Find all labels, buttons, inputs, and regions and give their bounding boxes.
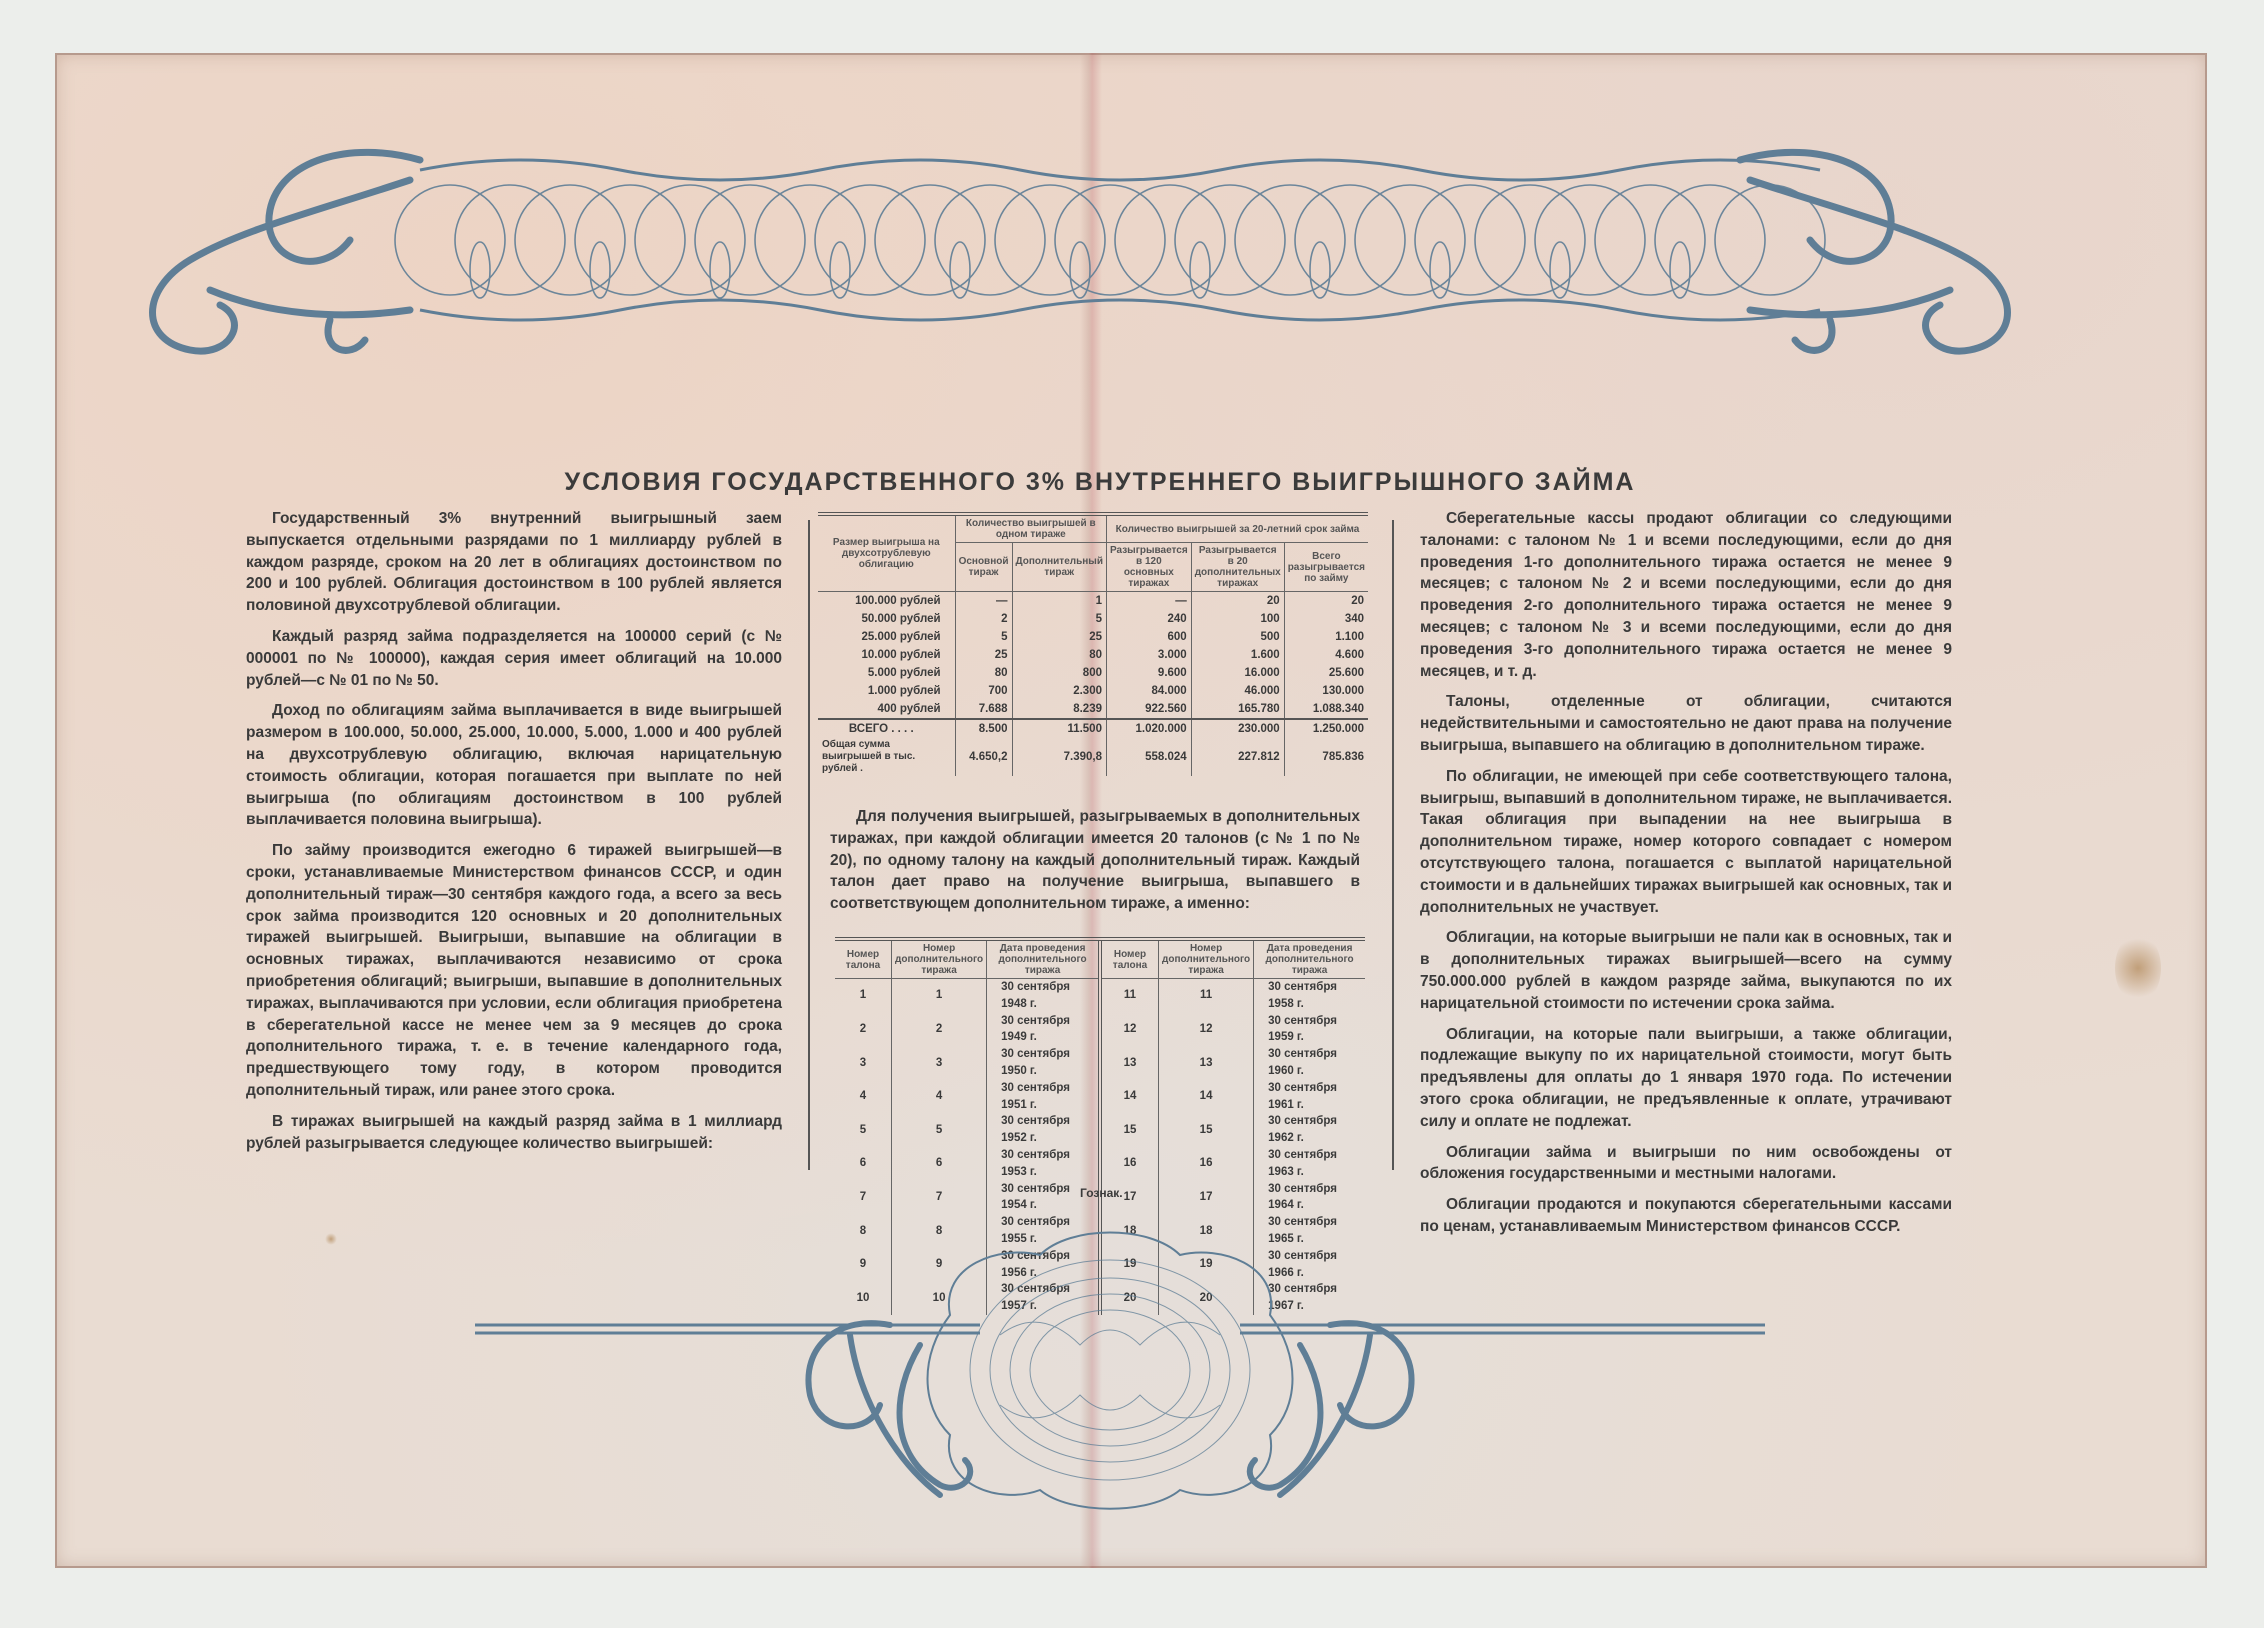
cell: 5 bbox=[955, 628, 1012, 646]
cell: 30 сентября 1952 г. bbox=[987, 1113, 1100, 1147]
cell: 230.000 bbox=[1191, 719, 1284, 738]
cell: 5 bbox=[835, 1113, 892, 1147]
cell: 6 bbox=[835, 1147, 892, 1181]
cell: 4 bbox=[835, 1080, 892, 1114]
cell: 30 сентября 1953 г. bbox=[987, 1147, 1100, 1181]
cell: 25 bbox=[955, 646, 1012, 664]
table-row: 3330 сентября 1950 г.131330 сентября 196… bbox=[835, 1046, 1365, 1080]
prize-size: 50.000 рублей bbox=[818, 610, 955, 628]
cell: 2 bbox=[892, 1013, 987, 1047]
cell: 1 bbox=[1012, 592, 1106, 611]
printer-mark: Гознак. bbox=[1080, 1186, 1123, 1200]
cell: 46.000 bbox=[1191, 682, 1284, 700]
table-row: 400 рублей7.6888.239922.560165.7801.088.… bbox=[818, 700, 1368, 719]
cell: 30 сентября 1948 г. bbox=[987, 979, 1100, 1013]
cell: 30 сентября 1958 г. bbox=[1254, 979, 1365, 1013]
prize-size: 100.000 рублей bbox=[818, 592, 955, 611]
prize-size: 5.000 рублей bbox=[818, 664, 955, 682]
paragraph: По облигации, не имеющей при себе соотве… bbox=[1420, 766, 1952, 919]
paragraph: Талоны, отделенные от облигации, считают… bbox=[1420, 691, 1952, 756]
bottom-guilloche-rosette-icon bbox=[420, 1225, 1800, 1515]
cell: 20 bbox=[1284, 592, 1368, 611]
cell: 7 bbox=[835, 1181, 892, 1215]
table-row: 100.000 рублей—1—2020 bbox=[818, 592, 1368, 611]
cell: 12 bbox=[1159, 1013, 1254, 1047]
column-divider bbox=[1392, 520, 1394, 1170]
cell: 130.000 bbox=[1284, 682, 1368, 700]
cell: 9.600 bbox=[1106, 664, 1191, 682]
totals-row: ВСЕГО . . . .8.50011.5001.020.000230.000… bbox=[818, 719, 1368, 738]
cell: 30 сентября 1951 г. bbox=[987, 1080, 1100, 1114]
paragraph: Сберегательные кассы продают облигации с… bbox=[1420, 508, 1952, 682]
col-header-date: Дата проведения дополнительного тиража bbox=[987, 939, 1100, 979]
cell: 20 bbox=[1191, 592, 1284, 611]
col-header-term-main: Разыгрывается в 120 основных тиражах bbox=[1106, 543, 1191, 592]
paragraph: В тиражах выигрышей на каждый разряд зай… bbox=[246, 1111, 782, 1155]
cell: 7 bbox=[892, 1181, 987, 1215]
table-row: 5530 сентября 1952 г.151530 сентября 196… bbox=[835, 1113, 1365, 1147]
paragraph: Для получения выигрышей, разыгрываемых в… bbox=[830, 806, 1360, 915]
cell: 1.600 bbox=[1191, 646, 1284, 664]
cell: 1.020.000 bbox=[1106, 719, 1191, 738]
cell: 25 bbox=[1012, 628, 1106, 646]
col-header-draw-no: Номер дополнительного тиража bbox=[1159, 939, 1254, 979]
cell: 16 bbox=[1159, 1147, 1254, 1181]
col-header-date: Дата проведения дополнительного тиража bbox=[1254, 939, 1365, 979]
cell: 785.836 bbox=[1284, 738, 1368, 776]
cell: 15 bbox=[1159, 1113, 1254, 1147]
cell: 800 bbox=[1012, 664, 1106, 682]
cell: 7.390,8 bbox=[1012, 738, 1106, 776]
sum-label: Общая сумма выигрышей в тыс. рублей . bbox=[818, 738, 955, 776]
cell: 5 bbox=[1012, 610, 1106, 628]
cell: 30 сентября 1959 г. bbox=[1254, 1013, 1365, 1047]
cell: 4.600 bbox=[1284, 646, 1368, 664]
cell: 15 bbox=[1100, 1113, 1159, 1147]
cell: 165.780 bbox=[1191, 700, 1284, 719]
table-row: 50.000 рублей25240100340 bbox=[818, 610, 1368, 628]
cell: 2 bbox=[835, 1013, 892, 1047]
cell: 11 bbox=[1159, 979, 1254, 1013]
cell: 11 bbox=[1100, 979, 1159, 1013]
cell: 3 bbox=[892, 1046, 987, 1080]
prize-size: 25.000 рублей bbox=[818, 628, 955, 646]
cell: 8.500 bbox=[955, 719, 1012, 738]
cell: 8.239 bbox=[1012, 700, 1106, 719]
prize-size: 10.000 рублей bbox=[818, 646, 955, 664]
table-row: 1.000 рублей7002.30084.00046.000130.000 bbox=[818, 682, 1368, 700]
table-row: 5.000 рублей808009.60016.00025.600 bbox=[818, 664, 1368, 682]
cell: 1.250.000 bbox=[1284, 719, 1368, 738]
table-row: 4430 сентября 1951 г.141430 сентября 196… bbox=[835, 1080, 1365, 1114]
cell: 1 bbox=[835, 979, 892, 1013]
left-text-column: Государственный 3% внутренний выигрышный… bbox=[246, 508, 782, 1163]
cell: 922.560 bbox=[1106, 700, 1191, 719]
cell: 14 bbox=[1159, 1080, 1254, 1114]
cell: 80 bbox=[955, 664, 1012, 682]
cell: 16 bbox=[1100, 1147, 1159, 1181]
cell: 30 сентября 1960 г. bbox=[1254, 1046, 1365, 1080]
cell: 6 bbox=[892, 1147, 987, 1181]
cell: 30 сентября 1964 г. bbox=[1254, 1181, 1365, 1215]
stain bbox=[2115, 933, 2161, 1003]
cell: 1.100 bbox=[1284, 628, 1368, 646]
col-header-prize-size: Размер выигрыша на двухсотрублевую облиг… bbox=[818, 514, 955, 592]
paragraph: Доход по облигациям займа выплачивается … bbox=[246, 700, 782, 831]
cell: — bbox=[1106, 592, 1191, 611]
cell: 700 bbox=[955, 682, 1012, 700]
cell: — bbox=[955, 592, 1012, 611]
cell: 30 сентября 1961 г. bbox=[1254, 1080, 1365, 1114]
column-divider bbox=[808, 520, 810, 1170]
cell: 16.000 bbox=[1191, 664, 1284, 682]
paragraph: Облигации займа и выигрыши по ним освобо… bbox=[1420, 1142, 1952, 1186]
col-header-coupon-no: Номер талона bbox=[835, 939, 892, 979]
cell: 500 bbox=[1191, 628, 1284, 646]
prize-size: 1.000 рублей bbox=[818, 682, 955, 700]
top-guilloche-ornament-icon bbox=[120, 120, 2040, 360]
cell: 30 сентября 1949 г. bbox=[987, 1013, 1100, 1047]
cell: 3 bbox=[835, 1046, 892, 1080]
table-row: 2230 сентября 1949 г.121230 сентября 195… bbox=[835, 1013, 1365, 1047]
cell: 4.650,2 bbox=[955, 738, 1012, 776]
cell: 1 bbox=[892, 979, 987, 1013]
cell: 600 bbox=[1106, 628, 1191, 646]
coupons-intro-text: Для получения выигрышей, разыгрываемых в… bbox=[830, 806, 1360, 924]
cell: 340 bbox=[1284, 610, 1368, 628]
totals-label: ВСЕГО . . . . bbox=[818, 719, 955, 738]
cell: 25.600 bbox=[1284, 664, 1368, 682]
cell: 30 сентября 1962 г. bbox=[1254, 1113, 1365, 1147]
col-header-main-draw: Основной тираж bbox=[955, 543, 1012, 592]
document-title: УСЛОВИЯ ГОСУДАРСТВЕННОГО 3% ВНУТРЕННЕГО … bbox=[530, 468, 1670, 497]
cell: 2 bbox=[955, 610, 1012, 628]
cell: 13 bbox=[1100, 1046, 1159, 1080]
cell: 11.500 bbox=[1012, 719, 1106, 738]
right-text-column: Сберегательные кассы продают облигации с… bbox=[1420, 508, 1952, 1247]
cell: 3.000 bbox=[1106, 646, 1191, 664]
cell: 30 сентября 1950 г. bbox=[987, 1046, 1100, 1080]
col-header-term-extra: Разыгрывается в 20 дополнительных тиража… bbox=[1191, 543, 1284, 592]
col-header-coupon-no: Номер талона bbox=[1100, 939, 1159, 979]
cell: 13 bbox=[1159, 1046, 1254, 1080]
cell: 558.024 bbox=[1106, 738, 1191, 776]
table-row: 25.000 рублей5256005001.100 bbox=[818, 628, 1368, 646]
paragraph: По займу производится ежегодно 6 тиражей… bbox=[246, 840, 782, 1102]
paragraph: Облигации, на которые пали выигрыши, а т… bbox=[1420, 1024, 1952, 1133]
cell: 14 bbox=[1100, 1080, 1159, 1114]
prize-distribution-table: Размер выигрыша на двухсотрублевую облиг… bbox=[818, 512, 1368, 776]
paragraph: Государственный 3% внутренний выигрышный… bbox=[246, 508, 782, 617]
cell: 84.000 bbox=[1106, 682, 1191, 700]
prize-size: 400 рублей bbox=[818, 700, 955, 719]
cell: 240 bbox=[1106, 610, 1191, 628]
table-row: 1130 сентября 1948 г.111130 сентября 195… bbox=[835, 979, 1365, 1013]
stain bbox=[325, 1233, 337, 1245]
col-header-per-draw: Количество выигрышей в одном тираже bbox=[955, 514, 1106, 543]
col-header-extra-draw: Дополнительный тираж bbox=[1012, 543, 1106, 592]
cell: 7.688 bbox=[955, 700, 1012, 719]
cell: 80 bbox=[1012, 646, 1106, 664]
col-header-term-total: Всего разыгрывается по займу bbox=[1284, 543, 1368, 592]
cell: 100 bbox=[1191, 610, 1284, 628]
cell: 5 bbox=[892, 1113, 987, 1147]
cell: 12 bbox=[1100, 1013, 1159, 1047]
cell: 17 bbox=[1159, 1181, 1254, 1215]
table-row: 10.000 рублей25803.0001.6004.600 bbox=[818, 646, 1368, 664]
cell: 1.088.340 bbox=[1284, 700, 1368, 719]
cell: 227.812 bbox=[1191, 738, 1284, 776]
cell: 30 сентября 1963 г. bbox=[1254, 1147, 1365, 1181]
paragraph: Облигации, на которые выигрыши не пали к… bbox=[1420, 927, 1952, 1014]
col-header-term: Количество выигрышей за 20-летний срок з… bbox=[1106, 514, 1368, 543]
table-row: 6630 сентября 1953 г.161630 сентября 196… bbox=[835, 1147, 1365, 1181]
cell: 4 bbox=[892, 1080, 987, 1114]
paragraph: Каждый разряд займа подразделяется на 10… bbox=[246, 626, 782, 691]
sum-row: Общая сумма выигрышей в тыс. рублей .4.6… bbox=[818, 738, 1368, 776]
cell: 2.300 bbox=[1012, 682, 1106, 700]
col-header-draw-no: Номер дополнительного тиража bbox=[892, 939, 987, 979]
